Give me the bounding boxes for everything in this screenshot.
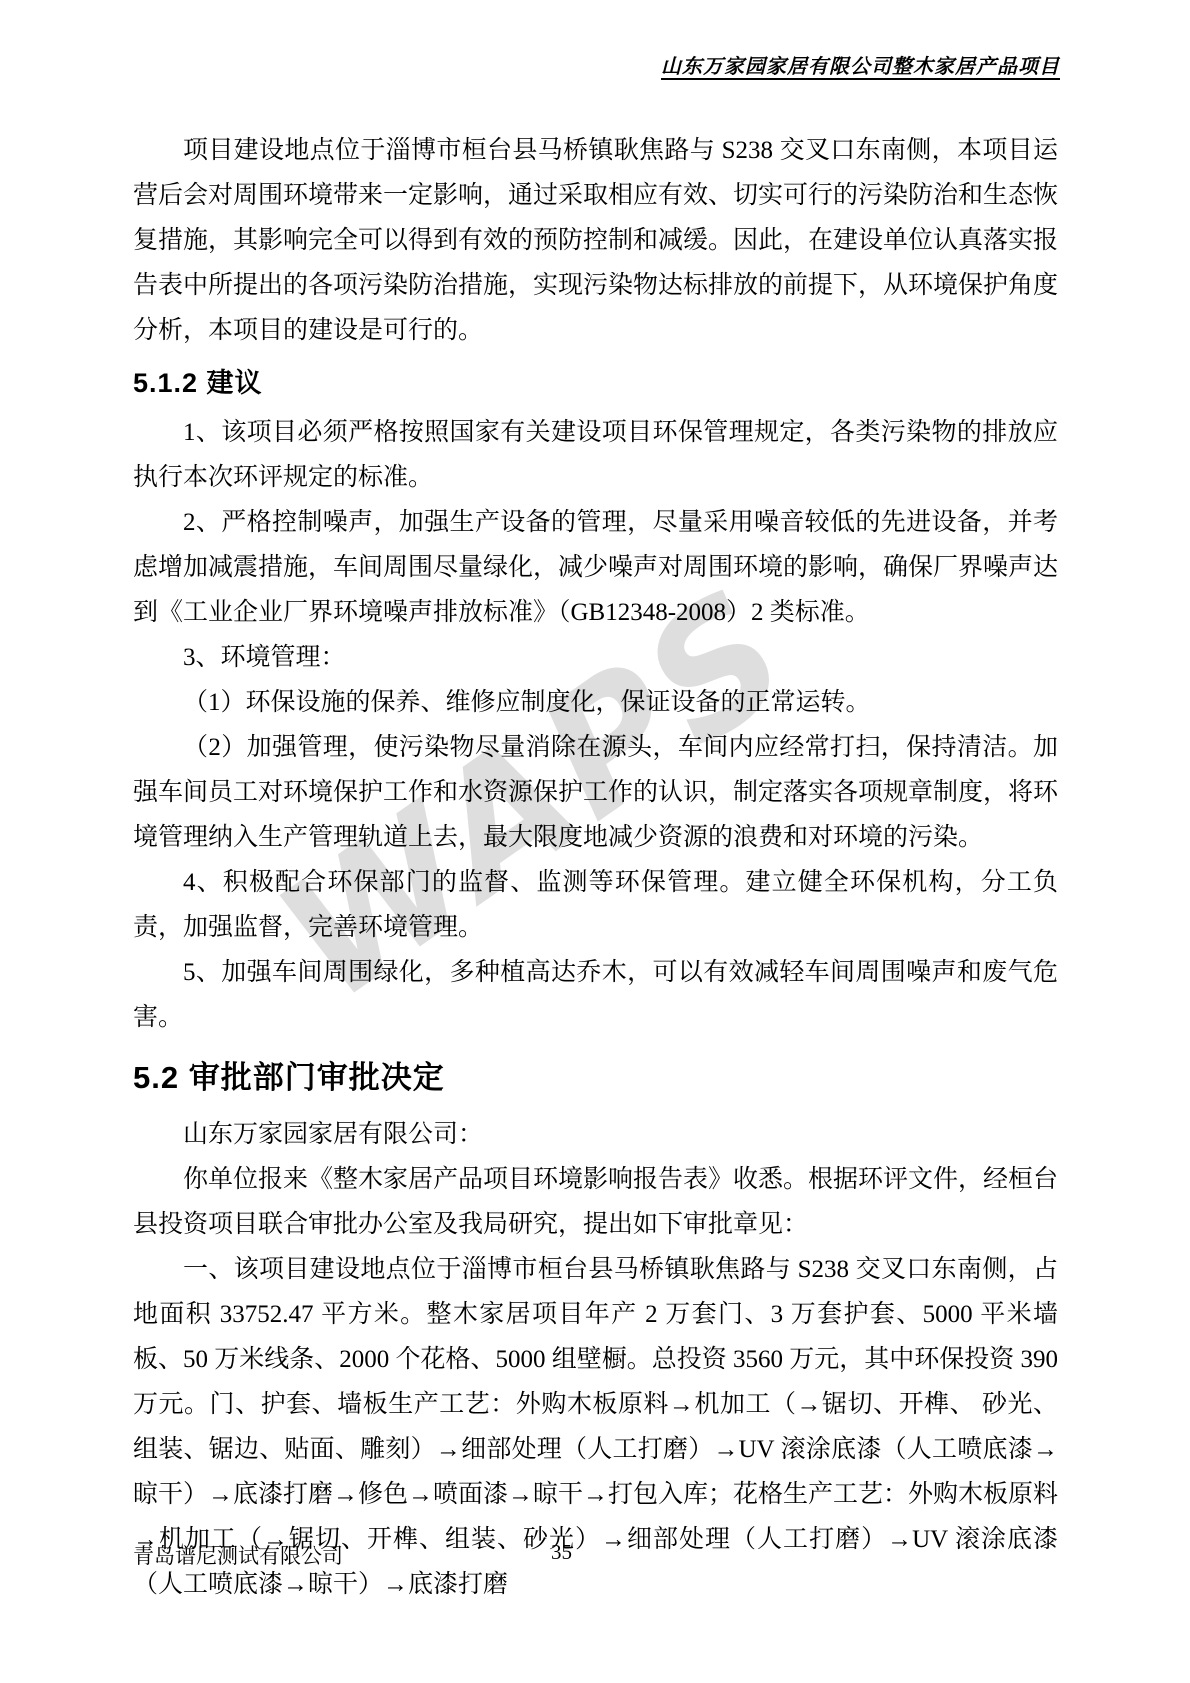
paragraph-approval-intro: 你单位报来《整木家居产品项目环境影响报告表》收悉。根据环评文件，经桓台县投资项目… — [133, 1157, 1058, 1247]
paragraph-suggestion-3-2: （2）加强管理，使污染物尽量消除在源头，车间内应经常打扫，保持清洁。加强车间员工… — [133, 725, 1058, 860]
paragraph-suggestion-5: 5、加强车间周围绿化，多种植高达乔木，可以有效减轻车间周围噪声和废气危害。 — [133, 950, 1058, 1040]
paragraph-addressee: 山东万家园家居有限公司： — [133, 1112, 1058, 1157]
paragraph-suggestion-3-1: （1）环保设施的保养、维修应制度化，保证设备的正常运转。 — [133, 680, 1058, 725]
paragraph-suggestion-2: 2、严格控制噪声，加强生产设备的管理，尽量采用噪音较低的先进设备，并考虑增加减震… — [133, 500, 1058, 635]
running-header: 山东万家园家居有限公司整木家居产品项目 — [133, 50, 1060, 79]
document-body: 项目建设地点位于淄博市桓台县马桥镇耿焦路与 S238 交叉口东南侧，本项目运营后… — [133, 128, 1058, 1607]
header-project-title: 山东万家园家居有限公司整木家居产品项目 — [661, 56, 1060, 78]
paragraph-suggestion-4: 4、积极配合环保部门的监督、监测等环保管理。建立健全环保机构，分工负责，加强监督… — [133, 860, 1058, 950]
page-number: 35 — [133, 1540, 990, 1565]
paragraph-suggestion-3: 3、环境管理： — [133, 635, 1058, 680]
paragraph-suggestion-1: 1、该项目必须严格按照国家有关建设项目环保管理规定，各类污染物的排放应执行本次环… — [133, 410, 1058, 500]
paragraph-conclusion: 项目建设地点位于淄博市桓台县马桥镇耿焦路与 S238 交叉口东南侧，本项目运营后… — [133, 128, 1058, 353]
section-heading-5-1-2: 5.1.2 建议 — [133, 359, 1058, 407]
document-page: 山东万家园家居有限公司整木家居产品项目 WAPS 项目建设地点位于淄博市桓台县马… — [0, 0, 1190, 1683]
running-footer: 青岛谱尼测试有限公司 35 — [133, 1540, 1060, 1574]
section-heading-5-2: 5.2 审批部门审批决定 — [133, 1050, 1058, 1106]
